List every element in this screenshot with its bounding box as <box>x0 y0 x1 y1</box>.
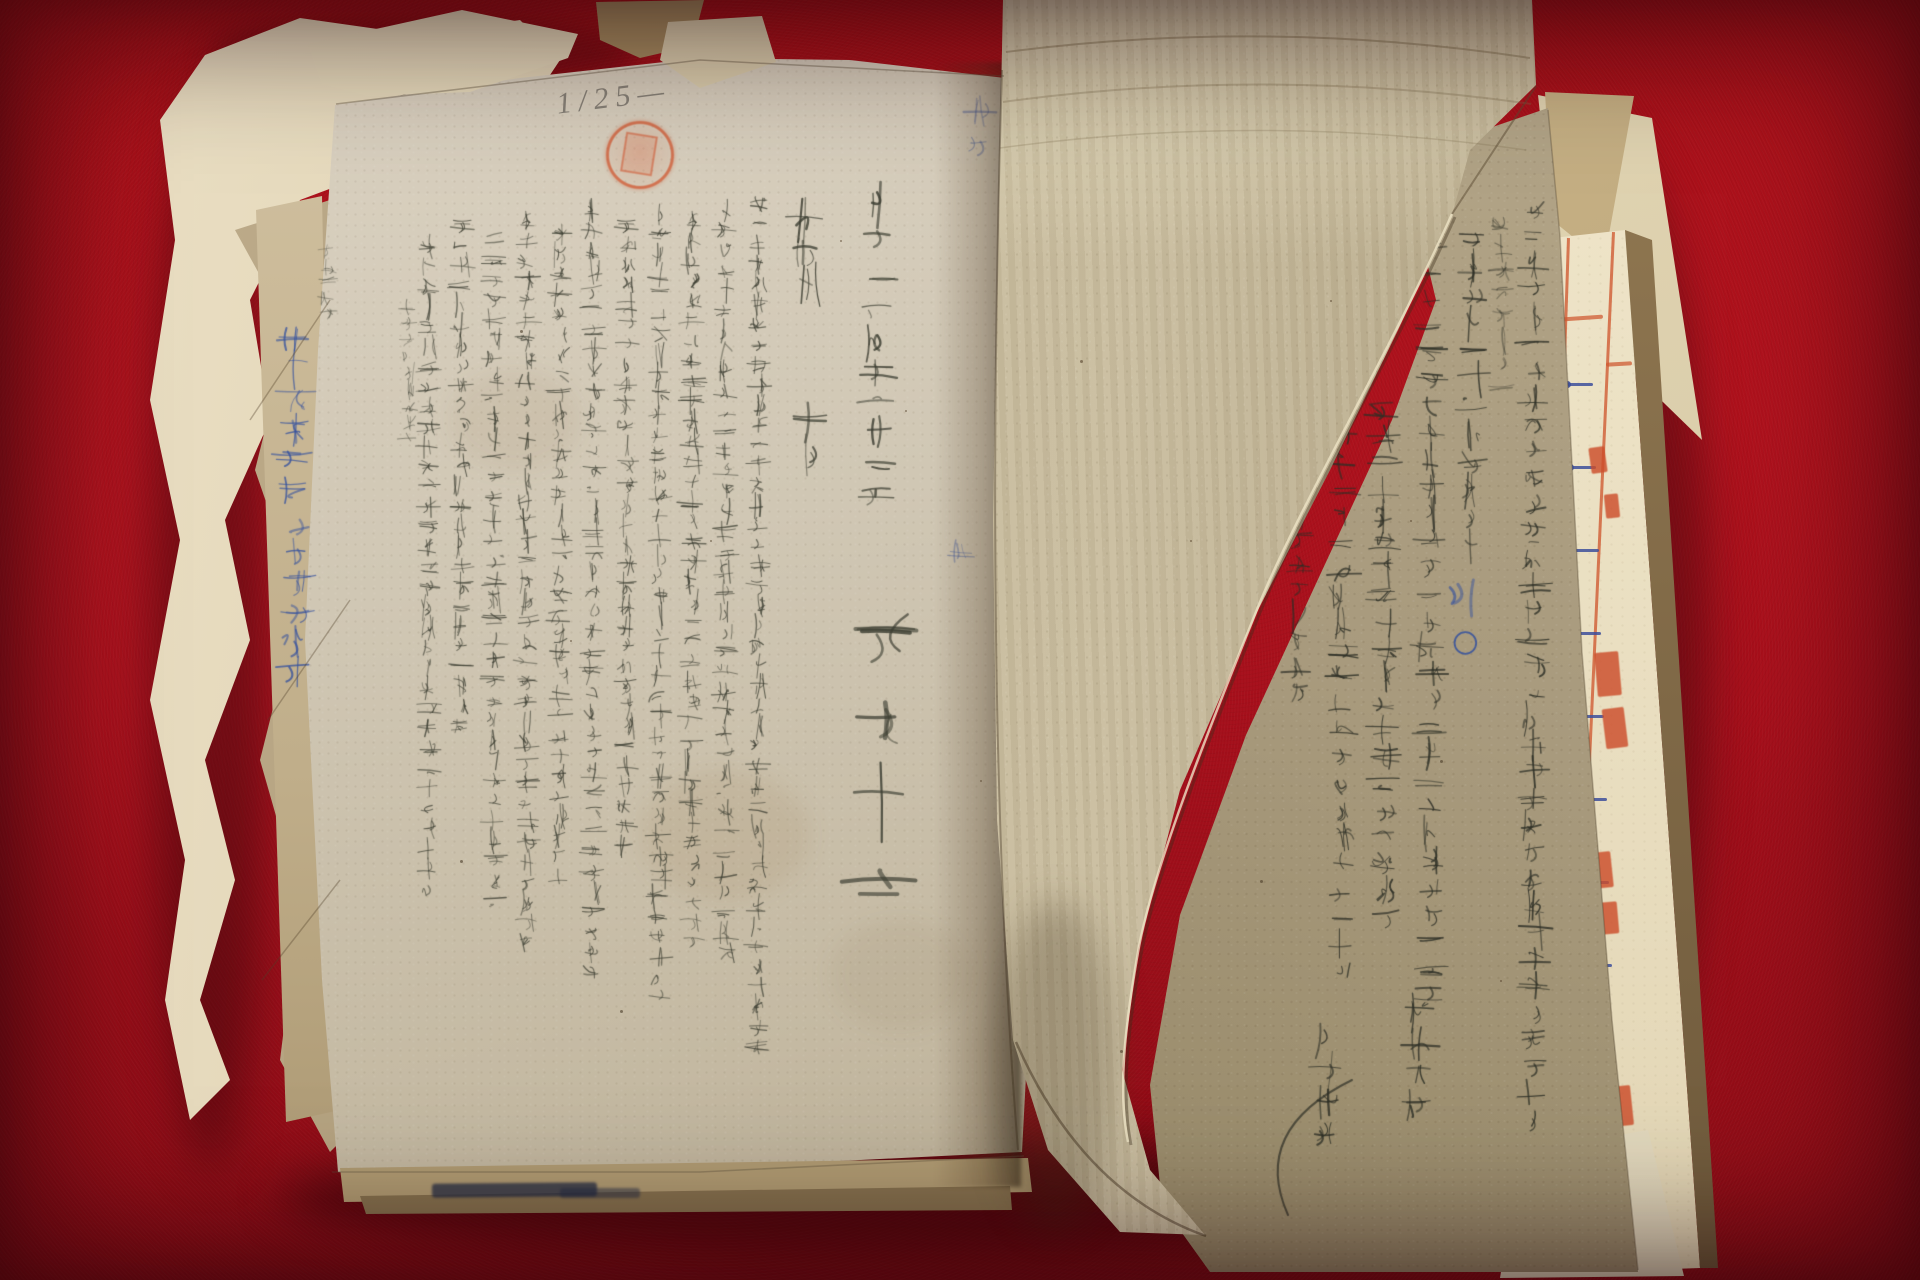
paper-speck <box>840 240 842 242</box>
paper-speck <box>460 860 463 863</box>
paper-speck <box>1080 360 1083 363</box>
paper-speck <box>1120 1050 1123 1053</box>
photo-scene: 1/25— <box>0 0 1920 1280</box>
paper-speck <box>710 540 712 542</box>
paper-speck <box>1330 300 1332 302</box>
paper-speck <box>905 410 907 412</box>
paper-speck <box>1500 980 1502 982</box>
paper-speck <box>980 780 982 782</box>
paper-speck <box>520 330 523 333</box>
paper-speck <box>1440 760 1443 763</box>
paper-speck <box>1410 520 1412 522</box>
paper-speck <box>1190 540 1192 542</box>
paper-speck <box>570 640 572 642</box>
paper-speck <box>620 1010 623 1013</box>
paper-speck <box>1260 880 1263 883</box>
page-edge-lines <box>0 0 1920 1280</box>
